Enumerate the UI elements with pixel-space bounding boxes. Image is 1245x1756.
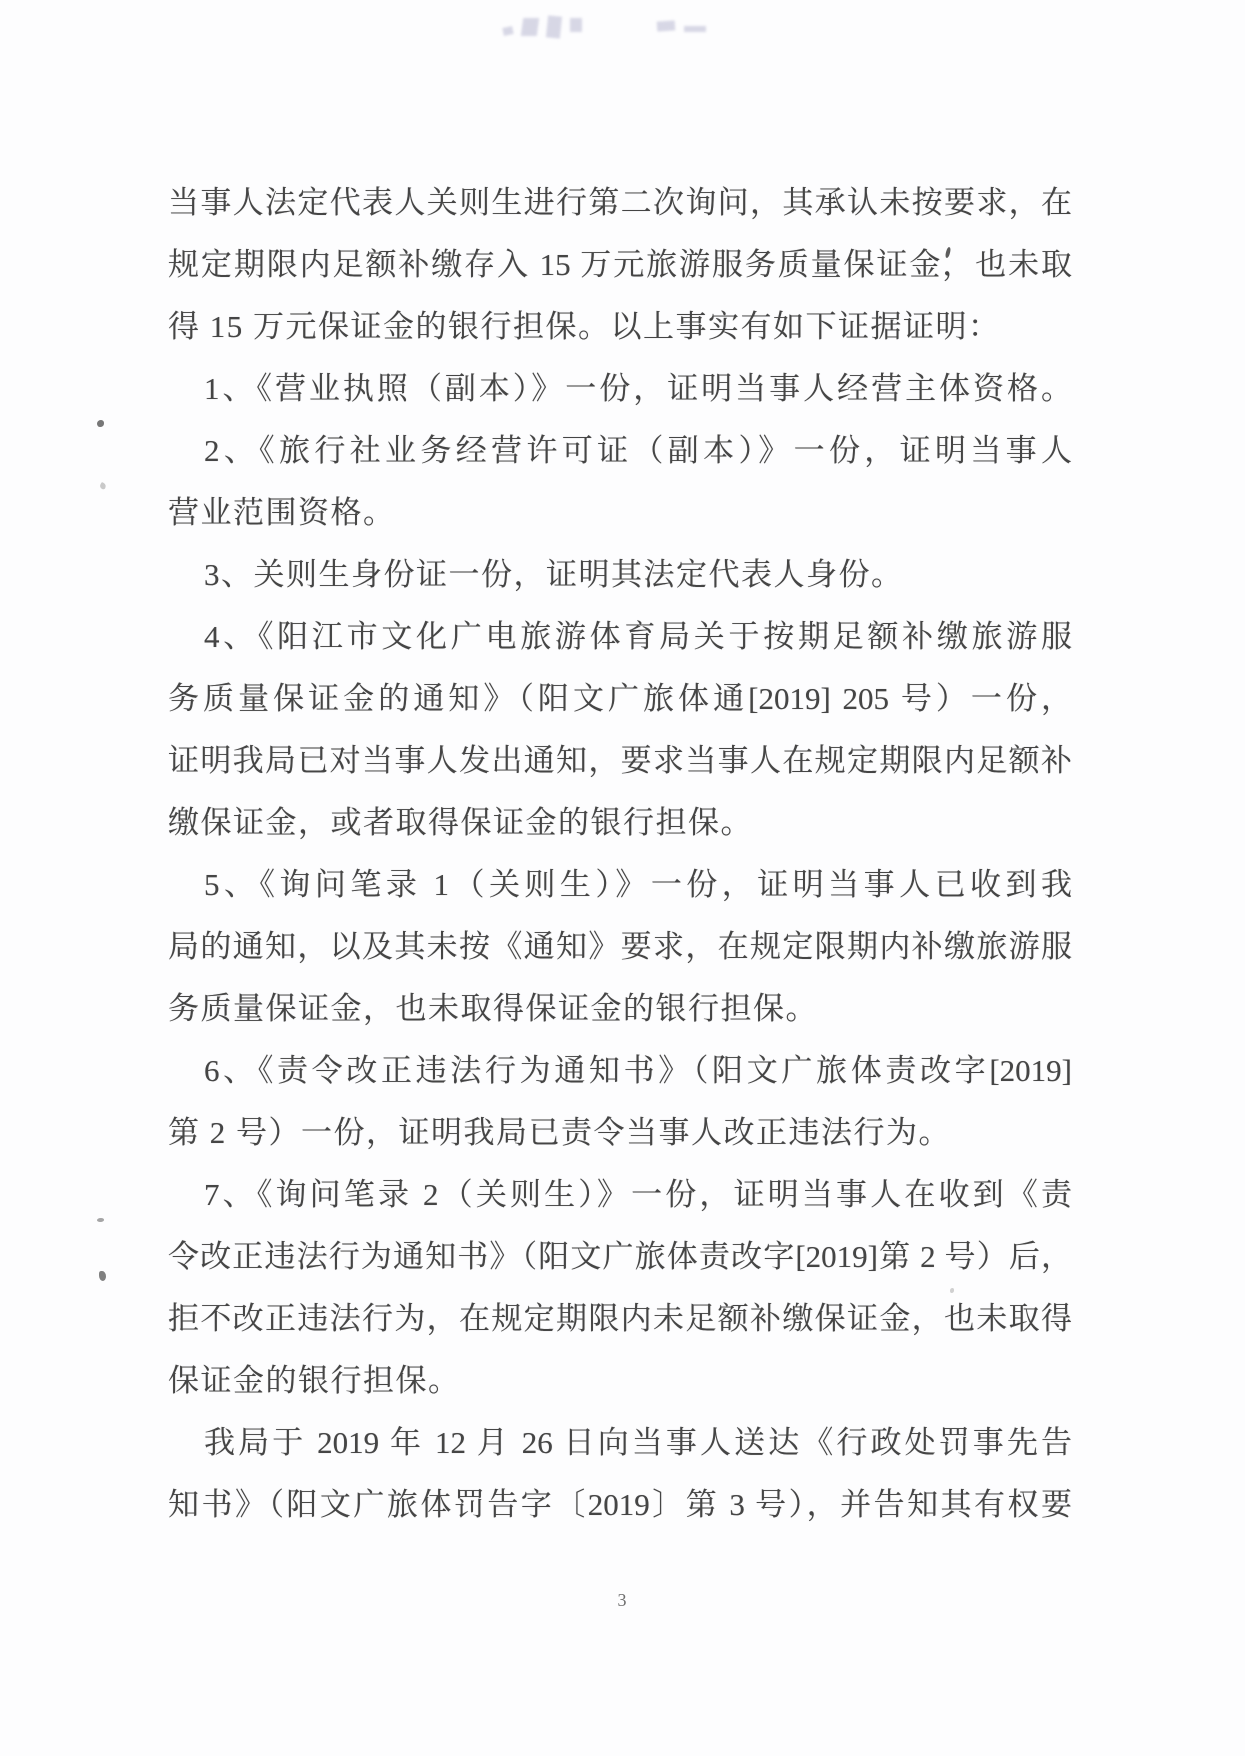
scan-speck — [97, 420, 104, 427]
document-line: 2、《旅行社业务经营许可证（副本）》一份，证明当事人 — [204, 420, 1072, 482]
document-line: 务质量保证金，也未取得保证金的银行担保。 — [168, 978, 1074, 1040]
scan-smudge-left — [503, 16, 582, 38]
document-line: 当事人法定代表人关则生进行第二次询问，其承认未按要求，在 — [168, 172, 1072, 234]
document-line: 局的通知，以及其未按《通知》要求，在规定限期内补缴旅游服 — [168, 916, 1072, 978]
document-line: 得 15 万元保证金的银行担保。以上事实有如下证据证明： — [168, 296, 1074, 358]
document-line: 1、《营业执照（副本）》一份，证明当事人经营主体资格。 — [204, 358, 1072, 420]
scan-smudge-right — [657, 20, 706, 32]
document-line: 保证金的银行担保。 — [168, 1350, 1074, 1412]
document-body: 当事人法定代表人关则生进行第二次询问，其承认未按要求，在规定期限内足额补缴存入 … — [168, 172, 1074, 1536]
document-line: 3、关则生身份证一份，证明其法定代表人身份。 — [204, 544, 1074, 606]
document-line: 营业范围资格。 — [168, 482, 1074, 544]
scan-speck — [99, 1271, 106, 1281]
document-line: 令改正违法行为通知书》（阳文广旅体责改字[2019]第 2 号）后， — [168, 1226, 1072, 1288]
document-line: 5、《询问笔录 1（关则生）》一份，证明当事人已收到我 — [204, 854, 1072, 916]
document-line: 证明我局已对当事人发出通知，要求当事人在规定期限内足额补 — [168, 730, 1072, 792]
document-line: 第 2 号）一份，证明我局已责令当事人改正违法行为。 — [168, 1102, 1074, 1164]
scan-speck — [97, 1218, 104, 1222]
document-line: 我局于 2019 年 12 月 26 日向当事人送达《行政处罚事先告 — [204, 1412, 1072, 1474]
document-line: 4、《阳江市文化广电旅游体育局关于按期足额补缴旅游服 — [204, 606, 1072, 668]
document-line: 知书》（阳文广旅体罚告字〔2019〕第 3 号），并告知其有权要 — [168, 1474, 1072, 1536]
page-number: 3 — [0, 1588, 1245, 1612]
document-line: 6、《责令改正违法行为通知书》（阳文广旅体责改字[2019] — [204, 1040, 1072, 1102]
scan-speck — [99, 482, 107, 490]
document-line: 拒不改正违法行为，在规定期限内未足额补缴保证金，也未取得 — [168, 1288, 1072, 1350]
document-line: 缴保证金，或者取得保证金的银行担保。 — [168, 792, 1074, 854]
scanned-document-page: 当事人法定代表人关则生进行第二次询问，其承认未按要求，在规定期限内足额补缴存入 … — [0, 0, 1245, 1756]
document-line: 7、《询问笔录 2（关则生）》一份，证明当事人在收到《责 — [204, 1164, 1072, 1226]
document-line: 规定期限内足额补缴存入 15 万元旅游服务质量保证金，也未取 — [168, 234, 1072, 296]
document-line: 务质量保证金的通知》（阳文广旅体通[2019] 205 号）一份， — [168, 668, 1072, 730]
